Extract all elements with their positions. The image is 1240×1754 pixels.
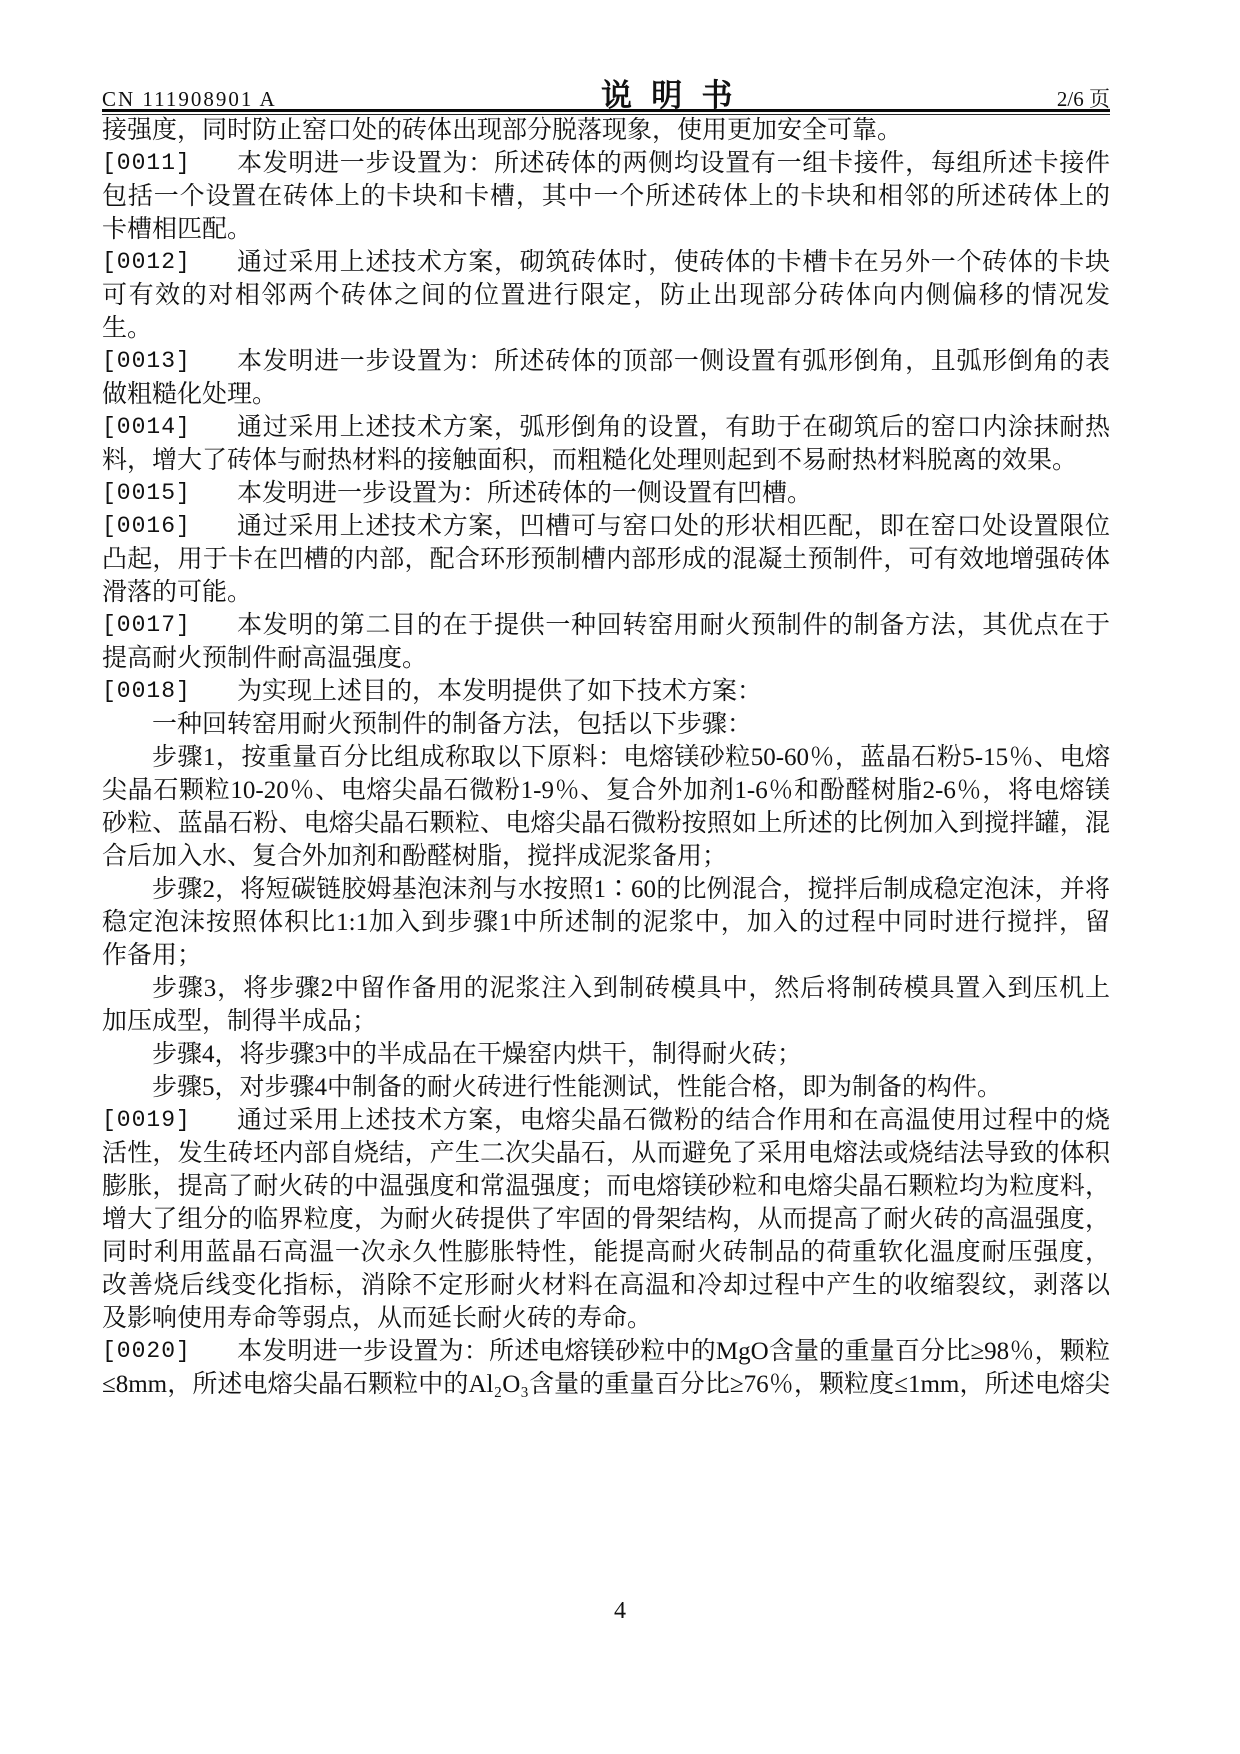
text-line: [0018]为实现上述目的，本发明提供了如下技术方案：: [102, 675, 1110, 708]
line-text: 卡槽相匹配。: [102, 213, 1110, 246]
line-text: 通过采用上述技术方案，砌筑砖体时，使砖体的卡槽卡在另外一个砖体的卡块上，: [237, 246, 1110, 279]
text-line: [0019]通过采用上述技术方案，电熔尖晶石微粉的结合作用和在高温使用过程中的烧…: [102, 1104, 1110, 1137]
paragraph-number: [0020]: [102, 1335, 237, 1368]
line-text: 及影响使用寿命等弱点，从而延长耐火砖的寿命。: [102, 1302, 1110, 1335]
text-line: 步骤2，将短碳链胶姆基泡沫剂与水按照1∶60的比例混合，搅拌后制成稳定泡沫，并将: [102, 873, 1110, 906]
text-line: 增大了组分的临界粒度，为耐火砖提供了牢固的骨架结构，从而提高了耐火砖的高温强度，: [102, 1203, 1110, 1236]
line-text: 步骤3，将步骤2中留作备用的泥浆注入到制砖模具中，然后将制砖模具置入到压机上: [102, 972, 1110, 1005]
line-text: ≤8mm，所述电熔尖晶石颗粒中的Al₂O₃含量的重量百分比≥76％，颗粒度≤1m…: [102, 1368, 1110, 1401]
text-line: [0016]通过采用上述技术方案，凹槽可与窑口处的形状相匹配，即在窑口处设置限位…: [102, 510, 1110, 543]
line-text: 滑落的可能。: [102, 576, 1110, 609]
text-line: 卡槽相匹配。: [102, 213, 1110, 246]
line-text: 尖晶石颗粒10-20％、电熔尖晶石微粉1-9％、复合外加剂1-6％和酚醛树脂2-…: [102, 774, 1110, 807]
text-line: 凸起，用于卡在凹槽的内部，配合环形预制槽内部形成的混凝土预制件，可有效地增强砖体: [102, 543, 1110, 576]
line-text: 砂粒、蓝晶石粉、电熔尖晶石颗粒、电熔尖晶石微粉按照如上所述的比例加入到搅拌罐，混: [102, 807, 1110, 840]
line-text: 本发明进一步设置为：所述砖体的两侧均设置有一组卡接件，每组所述卡接件均: [237, 147, 1110, 180]
line-text: 步骤1，按重量百分比组成称取以下原料：电熔镁砂粒50-60％，蓝晶石粉5-15％…: [102, 741, 1110, 774]
line-text: 本发明进一步设置为：所述砖体的一侧设置有凹槽。: [237, 477, 1110, 510]
line-text: 作备用；: [102, 939, 1110, 972]
text-line: 步骤5，对步骤4中制备的耐火砖进行性能测试，性能合格，即为制备的构件。: [102, 1071, 1110, 1104]
text-line: 包括一个设置在砖体上的卡块和卡槽，其中一个所述砖体上的卡块和相邻的所述砖体上的: [102, 180, 1110, 213]
text-line: 作备用；: [102, 939, 1110, 972]
text-line: 提高耐火预制件耐高温强度。: [102, 642, 1110, 675]
text-line: [0012]通过采用上述技术方案，砌筑砖体时，使砖体的卡槽卡在另外一个砖体的卡块…: [102, 246, 1110, 279]
line-text: 改善烧后线变化指标，消除不定形耐火材料在高温和冷却过程中产生的收缩裂纹，剥落以: [102, 1269, 1110, 1302]
patent-document-page: CN 111908901 A 说明书 2/6 页 接强度，同时防止窑口处的砖体出…: [0, 0, 1240, 1754]
text-line: ≤8mm，所述电熔尖晶石颗粒中的Al₂O₃含量的重量百分比≥76％，颗粒度≤1m…: [102, 1368, 1110, 1401]
line-text: 步骤2，将短碳链胶姆基泡沫剂与水按照1∶60的比例混合，搅拌后制成稳定泡沫，并将: [102, 873, 1110, 906]
line-text: 一种回转窑用耐火预制件的制备方法，包括以下步骤：: [102, 708, 1110, 741]
text-line: 砂粒、蓝晶石粉、电熔尖晶石颗粒、电熔尖晶石微粉按照如上所述的比例加入到搅拌罐，混: [102, 807, 1110, 840]
line-text: 料，增大了砖体与耐热材料的接触面积，而粗糙化处理则起到不易耐热材料脱离的效果。: [102, 444, 1110, 477]
text-line: [0013]本发明进一步设置为：所述砖体的顶部一侧设置有弧形倒角，且弧形倒角的表…: [102, 345, 1110, 378]
text-line: 及影响使用寿命等弱点，从而延长耐火砖的寿命。: [102, 1302, 1110, 1335]
paragraph-number: [0011]: [102, 147, 237, 180]
text-line: 接强度，同时防止窑口处的砖体出现部分脱落现象，使用更加安全可靠。: [102, 114, 1110, 147]
line-text: 通过采用上述技术方案，电熔尖晶石微粉的结合作用和在高温使用过程中的烧结: [237, 1104, 1110, 1137]
line-text: 膨胀，提高了耐火砖的中温强度和常温强度；而电熔镁砂粒和电熔尖晶石颗粒均为粒度料，: [102, 1170, 1110, 1203]
text-line: 步骤1，按重量百分比组成称取以下原料：电熔镁砂粒50-60％，蓝晶石粉5-15％…: [102, 741, 1110, 774]
paragraph-number: [0019]: [102, 1104, 237, 1137]
text-line: [0011]本发明进一步设置为：所述砖体的两侧均设置有一组卡接件，每组所述卡接件…: [102, 147, 1110, 180]
line-text: 为实现上述目的，本发明提供了如下技术方案：: [237, 675, 1110, 708]
paragraph-number: [0013]: [102, 345, 237, 378]
paragraph-number: [0014]: [102, 411, 237, 444]
paragraph-number: [0017]: [102, 609, 237, 642]
text-line: 同时利用蓝晶石高温一次永久性膨胀特性，能提高耐火砖制品的荷重软化温度耐压强度，: [102, 1236, 1110, 1269]
text-line: 加压成型，制得半成品；: [102, 1005, 1110, 1038]
text-line: 一种回转窑用耐火预制件的制备方法，包括以下步骤：: [102, 708, 1110, 741]
line-text: 步骤5，对步骤4中制备的耐火砖进行性能测试，性能合格，即为制备的构件。: [102, 1071, 1110, 1104]
line-text: 通过采用上述技术方案，弧形倒角的设置，有助于在砌筑后的窑口内涂抹耐热材: [237, 411, 1110, 444]
line-text: 本发明的第二目的在于提供一种回转窑用耐火预制件的制备方法，其优点在于可: [237, 609, 1110, 642]
line-text: 合后加入水、复合外加剂和酚醛树脂，搅拌成泥浆备用；: [102, 840, 1110, 873]
line-text: 活性，发生砖坯内部自烧结，产生二次尖晶石，从而避免了采用电熔法或烧结法导致的体积: [102, 1137, 1110, 1170]
line-text: 稳定泡沫按照体积比1:1加入到步骤1中所述制的泥浆中，加入的过程中同时进行搅拌，…: [102, 906, 1110, 939]
text-line: [0017]本发明的第二目的在于提供一种回转窑用耐火预制件的制备方法，其优点在于…: [102, 609, 1110, 642]
line-text: 接强度，同时防止窑口处的砖体出现部分脱落现象，使用更加安全可靠。: [102, 114, 1110, 147]
text-line: 改善烧后线变化指标，消除不定形耐火材料在高温和冷却过程中产生的收缩裂纹，剥落以: [102, 1269, 1110, 1302]
line-text: 本发明进一步设置为：所述电熔镁砂粒中的MgO含量的重量百分比≥98％，颗粒度: [237, 1335, 1110, 1368]
line-text: 加压成型，制得半成品；: [102, 1005, 1110, 1038]
text-line: 步骤4，将步骤3中的半成品在干燥窑内烘干，制得耐火砖；: [102, 1038, 1110, 1071]
document-body: 接强度，同时防止窑口处的砖体出现部分脱落现象，使用更加安全可靠。[0011]本发…: [102, 114, 1110, 1401]
text-line: 滑落的可能。: [102, 576, 1110, 609]
text-line: 合后加入水、复合外加剂和酚醛树脂，搅拌成泥浆备用；: [102, 840, 1110, 873]
line-text: 提高耐火预制件耐高温强度。: [102, 642, 1110, 675]
text-line: [0014]通过采用上述技术方案，弧形倒角的设置，有助于在砌筑后的窑口内涂抹耐热…: [102, 411, 1110, 444]
paragraph-number: [0015]: [102, 477, 237, 510]
paragraph-number: [0018]: [102, 675, 237, 708]
line-text: 增大了组分的临界粒度，为耐火砖提供了牢固的骨架结构，从而提高了耐火砖的高温强度，: [102, 1203, 1110, 1236]
text-line: 膨胀，提高了耐火砖的中温强度和常温强度；而电熔镁砂粒和电熔尖晶石颗粒均为粒度料，: [102, 1170, 1110, 1203]
line-text: 同时利用蓝晶石高温一次永久性膨胀特性，能提高耐火砖制品的荷重软化温度耐压强度，: [102, 1236, 1110, 1269]
text-line: 活性，发生砖坯内部自烧结，产生二次尖晶石，从而避免了采用电熔法或烧结法导致的体积: [102, 1137, 1110, 1170]
text-line: 稳定泡沫按照体积比1:1加入到步骤1中所述制的泥浆中，加入的过程中同时进行搅拌，…: [102, 906, 1110, 939]
text-line: 可有效的对相邻两个砖体之间的位置进行限定，防止出现部分砖体向内侧偏移的情况发: [102, 279, 1110, 312]
line-text: 通过采用上述技术方案，凹槽可与窑口处的形状相匹配，即在窑口处设置限位的: [237, 510, 1110, 543]
line-text: 做粗糙化处理。: [102, 378, 1110, 411]
text-line: 料，增大了砖体与耐热材料的接触面积，而粗糙化处理则起到不易耐热材料脱离的效果。: [102, 444, 1110, 477]
text-line: 尖晶石颗粒10-20％、电熔尖晶石微粉1-9％、复合外加剂1-6％和酚醛树脂2-…: [102, 774, 1110, 807]
line-text: 生。: [102, 312, 1110, 345]
text-line: 生。: [102, 312, 1110, 345]
page-number: 4: [614, 1598, 626, 1624]
text-line: [0015]本发明进一步设置为：所述砖体的一侧设置有凹槽。: [102, 477, 1110, 510]
page-footer: 4: [0, 1598, 1240, 1625]
line-text: 包括一个设置在砖体上的卡块和卡槽，其中一个所述砖体上的卡块和相邻的所述砖体上的: [102, 180, 1110, 213]
paragraph-number: [0012]: [102, 246, 237, 279]
text-line: 步骤3，将步骤2中留作备用的泥浆注入到制砖模具中，然后将制砖模具置入到压机上: [102, 972, 1110, 1005]
line-text: 可有效的对相邻两个砖体之间的位置进行限定，防止出现部分砖体向内侧偏移的情况发: [102, 279, 1110, 312]
text-line: 做粗糙化处理。: [102, 378, 1110, 411]
line-text: 本发明进一步设置为：所述砖体的顶部一侧设置有弧形倒角，且弧形倒角的表面: [237, 345, 1110, 378]
text-line: [0020]本发明进一步设置为：所述电熔镁砂粒中的MgO含量的重量百分比≥98％…: [102, 1335, 1110, 1368]
line-text: 步骤4，将步骤3中的半成品在干燥窑内烘干，制得耐火砖；: [102, 1038, 1110, 1071]
line-text: 凸起，用于卡在凹槽的内部，配合环形预制槽内部形成的混凝土预制件，可有效地增强砖体: [102, 543, 1110, 576]
paragraph-number: [0016]: [102, 510, 237, 543]
